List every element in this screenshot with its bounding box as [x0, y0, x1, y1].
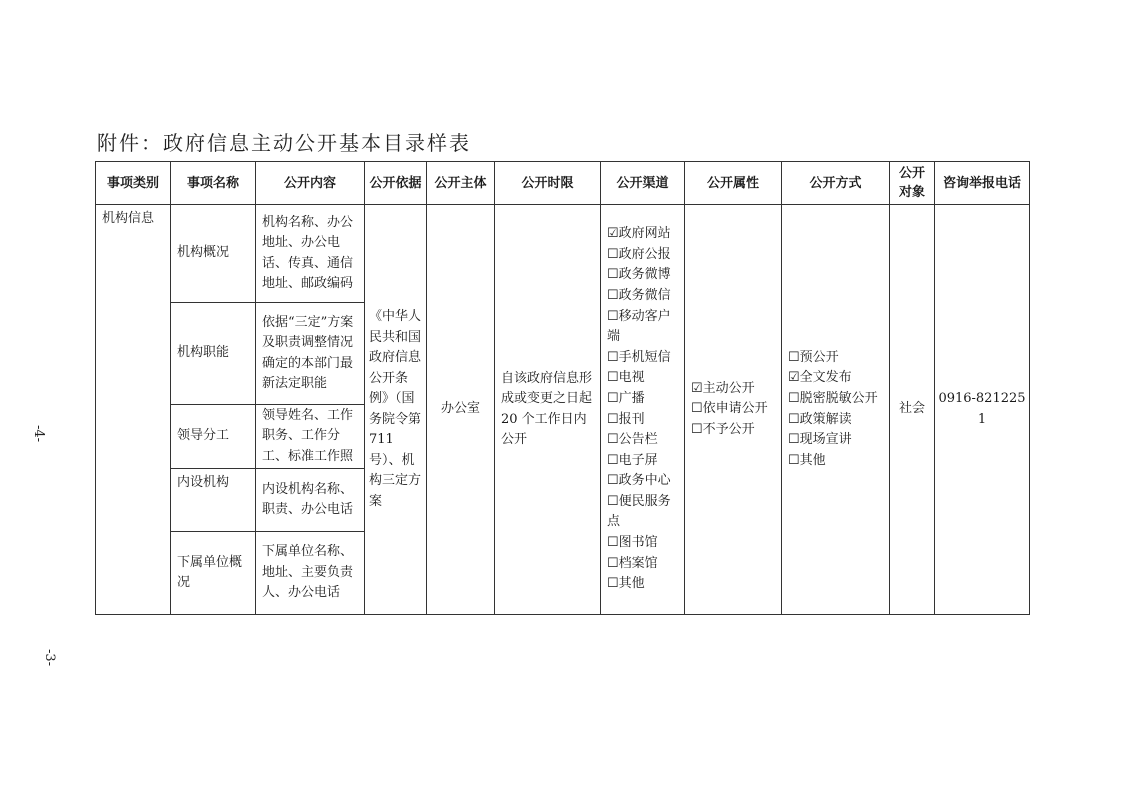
checkbox-icon[interactable]: ☐	[607, 391, 619, 406]
attribute-option[interactable]: ☑主动公开	[691, 379, 775, 400]
checkbox-icon[interactable]: ☐	[607, 412, 619, 427]
item-content: 领导姓名、工作职务、工作分工、标准工作照	[256, 405, 365, 469]
item-name: 内设机构	[171, 469, 256, 532]
checkbox-checked-icon[interactable]: ☑	[691, 381, 703, 396]
item-name: 机构职能	[171, 303, 256, 405]
channel-option[interactable]: ☐移动客户端	[607, 307, 678, 348]
attribute-option[interactable]: ☐依申请公开	[691, 399, 775, 420]
attribute-option[interactable]: ☐不予公开	[691, 420, 775, 441]
header-subject: 公开主体	[427, 162, 495, 205]
directory-table: 事项类别 事项名称 公开内容 公开依据 公开主体 公开时限 公开渠道 公开属性 …	[95, 161, 1030, 615]
header-category: 事项类别	[96, 162, 171, 205]
header-attributes: 公开属性	[685, 162, 782, 205]
header-basis: 公开依据	[365, 162, 427, 205]
method-option[interactable]: ☐现场宣讲	[788, 430, 883, 451]
header-content: 公开内容	[256, 162, 365, 205]
item-content: 下属单位名称、地址、主要负责人、办公电话	[256, 532, 365, 615]
checkbox-icon[interactable]: ☐	[607, 453, 619, 468]
checkbox-icon[interactable]: ☐	[788, 350, 800, 365]
channel-option[interactable]: ☐手机短信	[607, 348, 678, 369]
channel-option[interactable]: ☐档案馆	[607, 554, 678, 575]
header-time-limit: 公开时限	[495, 162, 601, 205]
channel-option[interactable]: ☐政府公报	[607, 245, 678, 266]
channel-option[interactable]: ☐其他	[607, 574, 678, 595]
checkbox-icon[interactable]: ☐	[607, 288, 619, 303]
checkbox-icon[interactable]: ☐	[691, 401, 703, 416]
time-limit-cell: 自该政府信息形成或变更之日起 20 个工作日内公开	[495, 205, 601, 615]
attributes-cell: ☑主动公开 ☐依申请公开 ☐不予公开	[685, 205, 782, 615]
channel-option[interactable]: ☐政务中心	[607, 471, 678, 492]
checkbox-icon[interactable]: ☐	[607, 494, 619, 509]
channels-cell: ☑政府网站 ☐政府公报 ☐政务微博 ☐政务微信 ☐移动客户端 ☐手机短信 ☐电视…	[601, 205, 685, 615]
channel-option[interactable]: ☐电子屏	[607, 451, 678, 472]
item-name: 机构概况	[171, 205, 256, 303]
channel-option[interactable]: ☐便民服务点	[607, 492, 678, 533]
channel-option[interactable]: ☐报刊	[607, 410, 678, 431]
checkbox-icon[interactable]: ☐	[788, 432, 800, 447]
checkbox-icon[interactable]: ☐	[788, 391, 800, 406]
method-option[interactable]: ☐其他	[788, 451, 883, 472]
channel-option[interactable]: ☐公告栏	[607, 430, 678, 451]
item-name: 领导分工	[171, 405, 256, 469]
page-number: -4-	[31, 425, 46, 442]
header-item-name: 事项名称	[171, 162, 256, 205]
method-option[interactable]: ☐脱密脱敏公开	[788, 389, 883, 410]
checkbox-icon[interactable]: ☐	[691, 422, 703, 437]
checkbox-icon[interactable]: ☐	[607, 350, 619, 365]
checkbox-icon[interactable]: ☐	[607, 309, 619, 324]
channel-option[interactable]: ☑政府网站	[607, 224, 678, 245]
channel-option[interactable]: ☐政务微信	[607, 286, 678, 307]
checkbox-icon[interactable]: ☐	[607, 370, 619, 385]
table-row: 机构信息 机构概况 机构名称、办公地址、办公电话、传真、通信地址、邮政编码 《中…	[96, 205, 1030, 303]
header-channels: 公开渠道	[601, 162, 685, 205]
checkbox-checked-icon[interactable]: ☑	[788, 370, 800, 385]
checkbox-icon[interactable]: ☐	[607, 247, 619, 262]
item-name: 下属单位概况	[171, 532, 256, 615]
channel-option[interactable]: ☐广播	[607, 389, 678, 410]
method-option[interactable]: ☑全文发布	[788, 368, 883, 389]
header-audience: 公开对象	[890, 162, 935, 205]
method-option[interactable]: ☐政策解读	[788, 410, 883, 431]
checkbox-icon[interactable]: ☐	[788, 412, 800, 427]
channel-option[interactable]: ☐政务微博	[607, 265, 678, 286]
category-cell: 机构信息	[96, 205, 171, 615]
checkbox-icon[interactable]: ☐	[607, 267, 619, 282]
page-title: 附件：政府信息主动公开基本目录样表	[97, 127, 471, 156]
audience-cell: 社会	[890, 205, 935, 615]
item-content: 内设机构名称、职责、办公电话	[256, 469, 365, 532]
subject-cell: 办公室	[427, 205, 495, 615]
checkbox-icon[interactable]: ☐	[607, 473, 619, 488]
header-row: 事项类别 事项名称 公开内容 公开依据 公开主体 公开时限 公开渠道 公开属性 …	[96, 162, 1030, 205]
channel-option[interactable]: ☐电视	[607, 368, 678, 389]
header-methods: 公开方式	[782, 162, 890, 205]
item-content: 依据“三定”方案及职责调整情况确定的本部门最新法定职能	[256, 303, 365, 405]
checkbox-checked-icon[interactable]: ☑	[607, 226, 619, 241]
method-option[interactable]: ☐预公开	[788, 348, 883, 369]
header-phone: 咨询举报电话	[935, 162, 1030, 205]
checkbox-icon[interactable]: ☐	[607, 432, 619, 447]
phone-cell: 0916-8212251	[935, 205, 1030, 615]
item-content: 机构名称、办公地址、办公电话、传真、通信地址、邮政编码	[256, 205, 365, 303]
checkbox-icon[interactable]: ☐	[607, 535, 619, 550]
channel-option[interactable]: ☐图书馆	[607, 533, 678, 554]
basis-cell: 《中华人民共和国政府信息公开条例》（国务院令第711号）、机构三定方案	[365, 205, 427, 615]
page-number: -3-	[42, 649, 57, 666]
checkbox-icon[interactable]: ☐	[607, 556, 619, 571]
methods-cell: ☐预公开 ☑全文发布 ☐脱密脱敏公开 ☐政策解读 ☐现场宣讲 ☐其他	[782, 205, 890, 615]
checkbox-icon[interactable]: ☐	[607, 576, 619, 591]
checkbox-icon[interactable]: ☐	[788, 453, 800, 468]
